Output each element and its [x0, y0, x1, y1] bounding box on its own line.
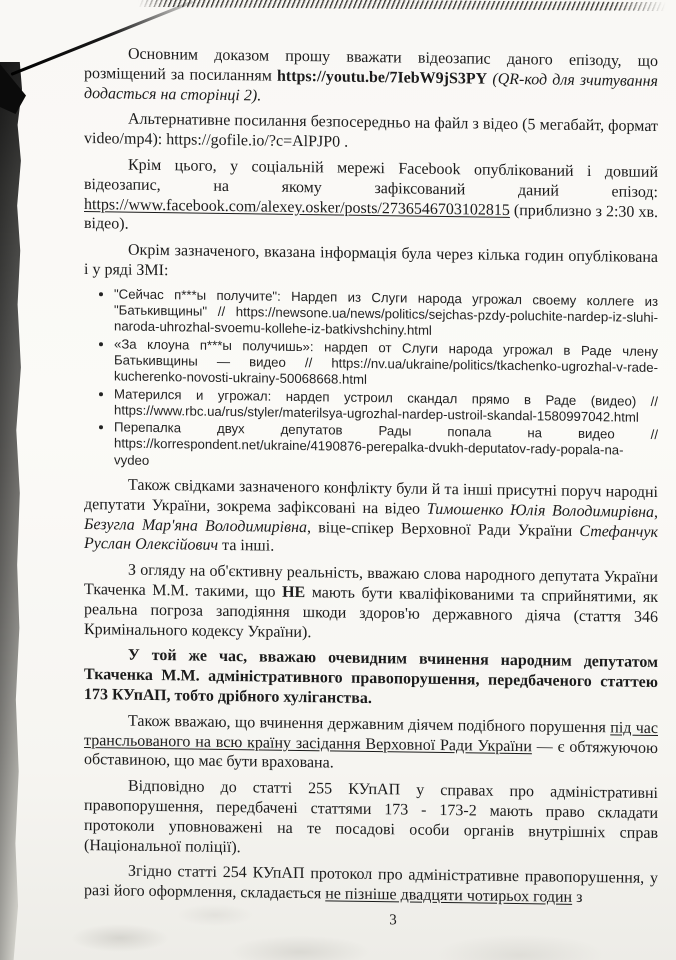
witness-name: Тимошенко Юлія Володимирівна: [427, 501, 654, 521]
paragraph-assessment: З огляду на об'єктивну реальність, вважа…: [84, 560, 658, 647]
paragraph-witnesses: Також свідками зазначеного конфлікту бул…: [84, 475, 658, 562]
facebook-link-text: https://www.facebook.com/alexey.osker/po…: [84, 196, 510, 219]
paragraph-article-254: Згідно статті 254 КУпАП протокол про адм…: [84, 861, 658, 909]
text-run: Перепалка двух депутатов Рады попала на …: [114, 420, 658, 468]
text-run: "Сейчас п***ы получите": Нардеп из Слуги…: [114, 286, 658, 338]
text-run: Крім цього, у соціальній мережі Facebook…: [84, 157, 658, 201]
text-run: Окрім зазначеного, вказана інформація бу…: [84, 242, 658, 279]
media-link-item: Перепалка двух депутатов Рады попала на …: [114, 420, 658, 476]
scan-top-edge-shadow: [138, 0, 666, 11]
document-content: Основним доказом прошу вважати відеозапи…: [84, 44, 658, 941]
media-link-item: «За клоуна п***ы получишь»: нардеп от Сл…: [114, 336, 658, 392]
paragraph-aggravating: Також вважаю, що вчинення державним діяч…: [84, 711, 658, 778]
text-run: ,: [654, 504, 658, 521]
text-run: У той же час, вважаю очевидним вчинення …: [84, 647, 658, 707]
paragraph-offense-conclusion: У той же час, вважаю очевидним вчинення …: [84, 645, 658, 712]
text-run: , віце-спікер Верховної Ради України: [307, 519, 579, 540]
text-run: та інші.: [218, 537, 274, 555]
paragraph-main-evidence: Основним доказом прошу вважати відеозапи…: [84, 44, 658, 111]
text-run: Альтернативне посилання безпосередньо на…: [84, 111, 658, 151]
text-run: Матерился и угрожал: нардеп устроил скан…: [114, 386, 658, 425]
witness-name: Безугла Мар'яна Володимирівна: [84, 516, 307, 536]
media-links-list: "Сейчас п***ы получите": Нардеп из Слуги…: [84, 286, 658, 476]
text-run: Відповідно до статті 255 КУпАП у справах…: [84, 778, 658, 856]
paragraph-facebook-video: Крім цього, у соціальній мережі Facebook…: [84, 155, 658, 242]
page-number: 3: [84, 907, 658, 935]
paragraph-media-intro: Окрім зазначеного, вказана інформація бу…: [84, 240, 658, 288]
scanned-page: Основним доказом прошу вважати відеозапи…: [0, 0, 676, 960]
emphasis-ne: НЕ: [282, 584, 305, 601]
paragraph-alternative-link: Альтернативне посилання безпосередньо на…: [84, 109, 658, 157]
media-link-item: "Сейчас п***ы получите": Нардеп из Слуги…: [114, 286, 658, 342]
paragraph-article-255: Відповідно до статті 255 КУпАП у справах…: [84, 776, 658, 863]
underlined-phrase: не пізніше двадцяти чотирьох годин: [325, 886, 572, 906]
text-run: з: [572, 889, 582, 906]
text-run: «За клоуна п***ы получишь»: нардеп от Сл…: [114, 336, 658, 387]
youtube-link-text: https://youtu.be/7IebW9jS3PY: [277, 67, 487, 87]
scan-edge-shadow: [0, 62, 22, 960]
